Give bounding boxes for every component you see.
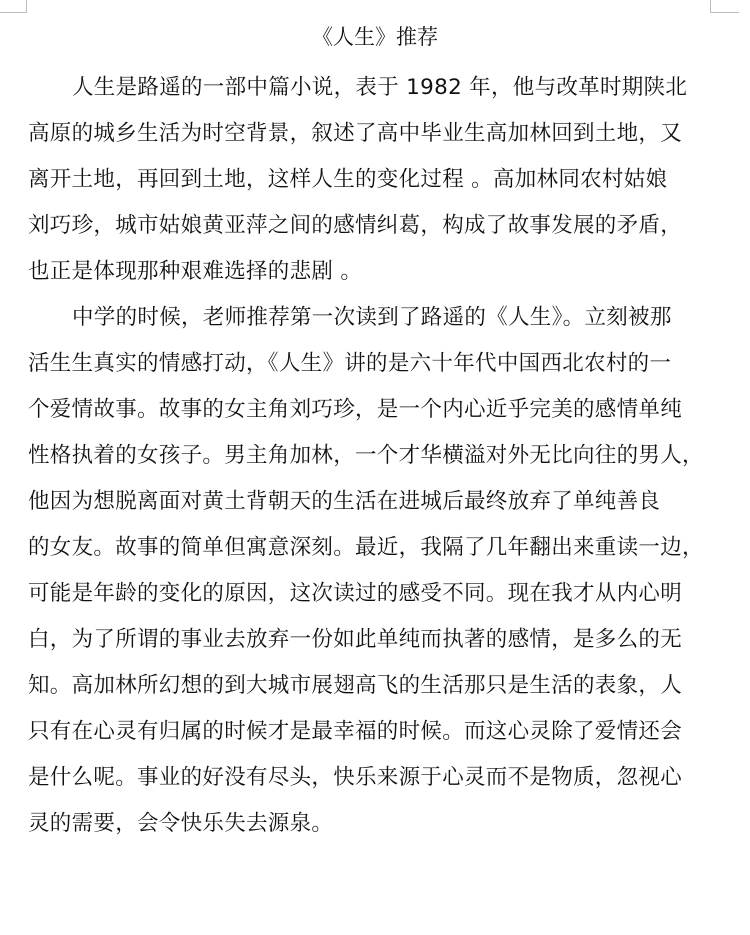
- page-corner-mark-right: [710, 0, 739, 13]
- text-line: 他因为想脱离面对黄土背朝天的生活在进城后最终放弃了单纯善良: [28, 479, 718, 525]
- text-line: 是什么呢。事业的好没有尽头，快乐来源于心灵而不是物质，忽视心: [28, 755, 718, 801]
- text-line: 中学的时候，老师推荐第一次读到了路遥的《人生》。立刻被那: [28, 295, 718, 341]
- paragraph-2: 中学的时候，老师推荐第一次读到了路遥的《人生》。立刻被那 活生生真实的情感打动，…: [28, 295, 718, 847]
- text-line: 也正是体现那种艰难选择的悲剧 。: [28, 249, 718, 295]
- page-corner-mark-left: [0, 0, 27, 13]
- text-line: 高原的城乡生活为时空背景，叙述了高中毕业生高加林回到土地，又: [28, 111, 718, 157]
- text-line: 可能是年龄的变化的原因，这次读过的感受不同。现在我才从内心明: [28, 571, 718, 617]
- document-title: 《人生》推荐: [0, 22, 750, 52]
- text-line: 刘巧珍，城市姑娘黄亚萍之间的感情纠葛，构成了故事发展的矛盾，: [28, 203, 718, 249]
- text-line: 知。高加林所幻想的到大城市展翅高飞的生活那只是生活的表象，人: [28, 663, 718, 709]
- paragraph-1: 人生是路遥的一部中篇小说，表于 1982 年，他与改革时期陕北 高原的城乡生活为…: [28, 65, 718, 295]
- text-line: 白，为了所谓的事业去放弃一份如此单纯而执著的感情，是多么的无: [28, 617, 718, 663]
- text-line: 只有在心灵有归属的时候才是最幸福的时候。而这心灵除了爱情还会: [28, 709, 718, 755]
- text-line: 个爱情故事。故事的女主角刘巧珍，是一个内心近乎完美的感情单纯: [28, 387, 718, 433]
- text-line: 人生是路遥的一部中篇小说，表于 1982 年，他与改革时期陕北: [28, 65, 718, 111]
- text-line: 性格执着的女孩子。男主角加林，一个才华横溢对外无比向往的男人，: [28, 433, 718, 479]
- text-line: 灵的需要，会令快乐失去源泉。: [28, 801, 718, 847]
- text-line: 的女友。故事的简单但寓意深刻。最近，我隔了几年翻出来重读一边，: [28, 525, 718, 571]
- text-line: 离开土地，再回到土地，这样人生的变化过程 。高加林同农村姑娘: [28, 157, 718, 203]
- document-body: 人生是路遥的一部中篇小说，表于 1982 年，他与改革时期陕北 高原的城乡生活为…: [28, 65, 718, 847]
- text-line: 活生生真实的情感打动，《人生》讲的是六十年代中国西北农村的一: [28, 341, 718, 387]
